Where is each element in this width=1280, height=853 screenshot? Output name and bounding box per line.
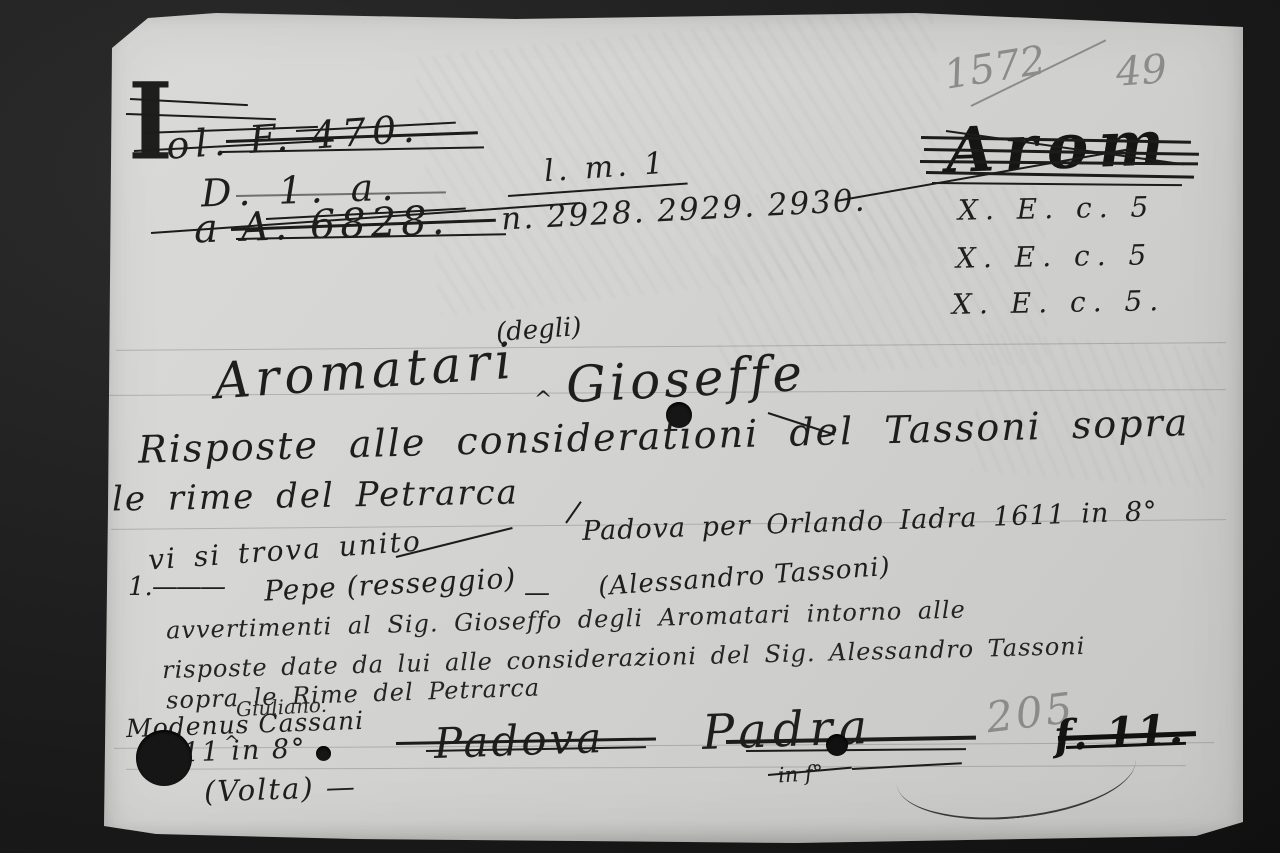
attribution: (Alessandro Tassoni) <box>597 552 891 602</box>
punch-hole-middle <box>666 402 692 428</box>
scan-background: I ol. F. 470. D. 1. a. a A. 6828. l. m. … <box>0 0 1280 853</box>
item-trailing-dash: — <box>524 578 550 608</box>
shelfmark-2: X. E. c. 5 <box>956 238 1154 274</box>
shelfmark-1: X. E. c. 5 <box>958 190 1156 226</box>
item-dash: ——— <box>152 572 224 602</box>
corner-numeral: I <box>128 59 173 183</box>
flourish-stroke <box>565 501 582 523</box>
heading-caret: ^ <box>534 388 552 413</box>
imprint: Padova per Orlando Iadra 1611 in 8° <box>582 496 1159 547</box>
title-line-2: le rime del Petrarca <box>112 472 520 519</box>
heading-surname: Aromatari <box>212 332 517 411</box>
pencil-number-right: 49 <box>1114 46 1168 95</box>
pencil-number-left: 1572 <box>941 37 1049 98</box>
ink-blot <box>826 734 848 756</box>
catalog-card: I ol. F. 470. D. 1. a. a A. 6828. l. m. … <box>96 10 1243 843</box>
heading-insert: (degli) <box>495 312 582 348</box>
punch-hole-large <box>136 730 192 786</box>
item-number: 1. <box>128 572 153 602</box>
struck-place-2: Padra <box>701 699 874 761</box>
shelfmark-3: X. E. c. 5. <box>952 284 1166 321</box>
item-text: Pepe (resseggio) <box>263 561 517 607</box>
volta: (Volta) — <box>203 769 357 808</box>
punch-hole-small <box>316 746 331 761</box>
